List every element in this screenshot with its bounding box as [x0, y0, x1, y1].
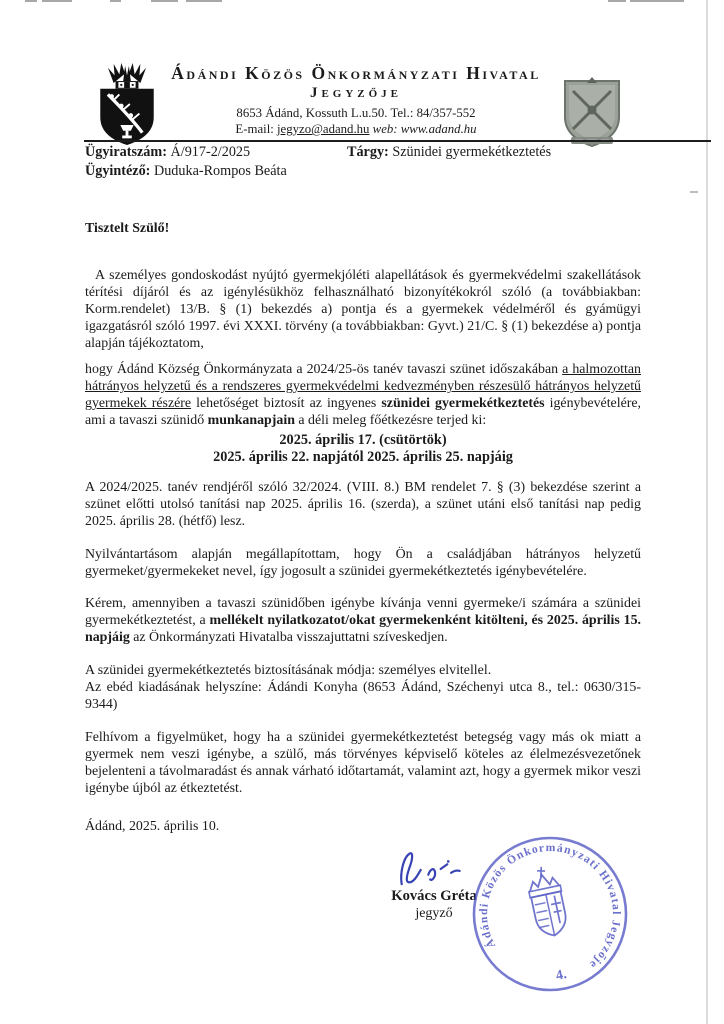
case-number-label: Ügyiratszám:: [85, 144, 167, 160]
org-contact-line: E-mail: jegyzo@adand.hu web: www.adand.h…: [158, 122, 554, 137]
paragraph-absence-notice: Felhívom a figyelmüket, hogy ha a szünid…: [85, 730, 641, 798]
scan-artifact: [690, 191, 698, 193]
letter-body: Tisztelt Szülő! A személyes gondoskodást…: [85, 221, 641, 850]
p6-pickup-location: Az ebéd kiadásának helyszíne: Ádándi Kon…: [85, 680, 641, 712]
municipal-coat-of-arms-icon: [88, 62, 166, 146]
paragraph-logistics: A szünidei gyermekétkeztetés biztosításá…: [85, 663, 641, 714]
header-divider: [84, 140, 711, 142]
email-label: E-mail:: [235, 122, 277, 136]
holiday-date-line-2: 2025. április 22. napjától 2025. április…: [85, 449, 641, 466]
p2-bold-workdays: munkanapjain: [208, 413, 295, 428]
p2-end: a déli meleg főétkezésre terjed ki:: [295, 413, 486, 428]
subject-value: Szünidei gyermekétkeztetés: [389, 144, 551, 160]
scanned-letter-page: Ádándi Közös Önkormányzati Hivatal Jegyz…: [0, 0, 724, 1024]
scan-artifact: [186, 0, 222, 2]
letterhead: Ádándi Közös Önkormányzati Hivatal Jegyz…: [158, 63, 554, 137]
salutation: Tisztelt Szülő!: [85, 221, 641, 238]
p5-end: az Önkormányzati Hivatalba visszajuttatn…: [130, 630, 448, 645]
web-label: web:: [373, 122, 401, 136]
subject-label: Tárgy:: [347, 144, 389, 160]
p6-delivery-mode: A szünidei gyermekétkeztetés biztosításá…: [85, 663, 491, 678]
paragraph-school-calendar: A 2024/2025. tanév rendjéről szóló 32/20…: [85, 480, 641, 531]
org-title: Jegyzője: [158, 85, 554, 102]
clerk-row: Ügyintéző: Duduka-Rompos Beáta: [85, 163, 709, 182]
scan-artifact: [151, 0, 178, 2]
p2-start: hogy Ádánd Község Önkormányzata a 2024/2…: [85, 362, 562, 377]
clerk-label: Ügyintéző:: [85, 163, 150, 179]
paragraph-legal-basis: A személyes gondoskodást nyújtó gyermekj…: [85, 268, 641, 353]
org-name: Ádándi Közös Önkormányzati Hivatal: [158, 63, 554, 83]
case-number-value: Á/917-2/2025: [167, 144, 250, 160]
case-number-row: Ügyiratszám: Á/917-2/2025 Tárgy: Szünide…: [85, 144, 709, 163]
org-address: 8653 Ádánd, Kossuth L.u.50. Tel.: 84/357…: [158, 106, 554, 121]
reference-block: Ügyiratszám: Á/917-2/2025 Tárgy: Szünide…: [85, 144, 709, 182]
paragraph-announcement: hogy Ádánd Község Önkormányzata a 2024/2…: [85, 362, 641, 430]
scan-artifact: [608, 0, 626, 2]
paragraph-request: Kérem, amennyiben a tavaszi szünidőben i…: [85, 596, 641, 647]
p2-mid: lehetőséget biztosít az ingyenes: [191, 396, 381, 411]
web-link[interactable]: www.adand.hu: [401, 122, 477, 136]
paragraph-eligibility: Nyilvántartásom alapján megállapítottam,…: [85, 547, 641, 581]
scan-artifact: [25, 0, 37, 2]
clerk-value: Duduka-Rompos Beáta: [150, 163, 286, 179]
holiday-date-line-1: 2025. április 17. (csütörtök): [85, 432, 641, 449]
email-link[interactable]: jegyzo@adand.hu: [277, 122, 369, 136]
scan-artifact: [110, 0, 121, 2]
p2-bold-service: szünidei gyermekétkeztetés: [381, 396, 544, 411]
scan-artifact: [630, 0, 684, 2]
official-round-stamp-icon: Ádándi Közös Önkormányzati Hivatal Jegyz…: [453, 824, 647, 1008]
scan-artifact: [42, 0, 72, 2]
stamp-number: 4.: [555, 967, 568, 984]
